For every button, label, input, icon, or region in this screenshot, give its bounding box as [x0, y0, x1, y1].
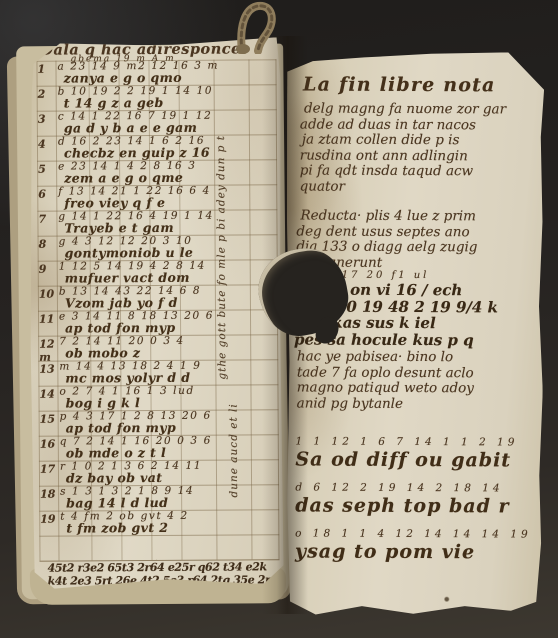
- row-words: bog i g k l: [66, 395, 141, 410]
- table-row: 15 p 4 3 17 1 2 8 13 20 6 ap tod fon myp: [39, 409, 279, 435]
- row-words: Vzom jab yo f d: [65, 295, 178, 311]
- table-row: 18 s 1 3 1 3 2 1 8 9 14 bag 14 l d lud: [39, 484, 279, 510]
- row-words: ap tod fon myp: [66, 420, 176, 436]
- closing-numbers: o 18 1 1 4 12 14 14 14 19: [295, 527, 532, 541]
- row-words: bag 14 l d lud: [66, 495, 168, 511]
- text-line: Reducta· plis 4 lue z prim: [300, 209, 477, 225]
- table-row: 6 f 13 14 21 1 22 16 6 4 freo viey q f e: [37, 184, 277, 210]
- row-number: 5: [38, 163, 55, 176]
- table-row: 4 d 16 2 23 14 1 6 2 16 checbz en guip z…: [37, 134, 277, 160]
- row-number: 11: [39, 313, 56, 326]
- row-number: 9: [39, 263, 56, 276]
- text-line: magno patiqud weto adoy: [297, 380, 474, 396]
- row-words: Trayeb e t gam: [64, 220, 174, 236]
- row-words: mufuer vact dom: [65, 270, 190, 286]
- table-row: 16 q 7 2 14 1 16 20 0 3 6 ob mde o z t l: [39, 434, 279, 460]
- row-number: 14: [39, 388, 56, 401]
- row-words: dz bay ob vat: [66, 470, 163, 486]
- row-number: 10: [39, 288, 56, 301]
- binding-cord: [228, 0, 292, 54]
- table-row: 9 1 12 5 14 19 4 2 8 14 mufuer vact dom: [38, 259, 278, 285]
- left-manuscript-page: Dala q hac adiresponce gbema 19 m A m 1 …: [28, 37, 283, 589]
- text-line: delg magng fa nuome zor gar: [304, 102, 506, 118]
- closing-block: d 6 12 2 19 14 2 18 14 das seph top bad …: [295, 481, 532, 528]
- row-words: freo viey q f e: [64, 195, 165, 211]
- table-row: 12 m 7 2 14 11 20 0 3 4 ob mobo z: [38, 334, 278, 360]
- table-row: 10 b 13 14 43 22 14 6 8 Vzom jab yo f d: [38, 284, 278, 310]
- closing-text: das seph top bad r: [295, 494, 532, 528]
- row-words: ob mobo z: [65, 345, 140, 360]
- row-number: 2: [38, 88, 55, 101]
- vertical-margin-note: gthe gott bute fo mle p bi adey dun p t: [215, 112, 229, 380]
- row-words: ap tod fon myp: [65, 320, 175, 336]
- table-row: 11 e 3 14 11 8 18 13 20 6 ap tod fon myp: [38, 309, 278, 335]
- row-words: t 14 g z a geb: [64, 95, 164, 111]
- row-number: 8: [39, 238, 56, 251]
- row-words: zanya e g o qmo: [64, 70, 182, 86]
- row-number: 15: [40, 413, 57, 426]
- closing-numbers: 1 1 12 1 6 7 14 1 1 2 19: [295, 435, 532, 449]
- row-words: ga d y b a e e gam: [64, 120, 197, 136]
- table-row: 14 o 2 7 4 1 16 1 3 lud bog i g k l: [38, 384, 278, 410]
- row-number: 3: [38, 113, 55, 126]
- row-words: mc mos yolyr d d: [65, 370, 190, 386]
- row-words: gontymoniob u le: [65, 245, 194, 261]
- row-number: 18: [40, 488, 57, 501]
- manuscript-photo: Dala q hac adiresponce gbema 19 m A m 1 …: [0, 0, 558, 638]
- table-row: 17 r 1 0 2 1 3 6 2 14 11 dz bay ob vat: [39, 459, 279, 485]
- closing-numbers: d 6 12 2 19 14 2 18 14: [295, 481, 532, 495]
- row-number: 1: [37, 63, 54, 76]
- text-line: quator: [300, 179, 506, 195]
- row-words: t fm zob gvt 2: [66, 520, 168, 536]
- paragraph-4: hac ye pabisea· bino lotade 7 fa oplo de…: [297, 349, 474, 412]
- row-number: 16: [40, 438, 57, 451]
- row-number: 6: [38, 188, 55, 201]
- row-words: checbz en guip z 16: [64, 145, 210, 161]
- row-number: 7: [38, 213, 55, 226]
- table-row: 1 a 23 14 9 m2 12 16 3 m zanya e g o qmo: [36, 59, 276, 85]
- table-row: 13 m 14 4 13 18 2 4 1 9 mc mos yolyr d d: [38, 359, 278, 385]
- ledger-table: 1 a 23 14 9 m2 12 16 3 m zanya e g o qmo…: [36, 59, 279, 561]
- table-row: 2 b 10 19 2 2 19 1 14 10 t 14 g z a geb: [37, 84, 277, 110]
- footer-line: 45t2 r3e2 65t3 2r64 e25r q62 t34 e2k: [48, 560, 262, 574]
- closing-text: Sa od diff ou gabit: [295, 448, 532, 482]
- closing-block: 1 1 12 1 6 7 14 1 1 2 19 Sa od diff ou g…: [295, 435, 532, 482]
- row-number: 17: [40, 463, 57, 476]
- table-row: 19 t 4 fm 2 ob gvt 4 2 t fm zob gvt 2: [39, 509, 279, 535]
- table-row: 3 c 14 1 22 16 7 19 1 12 ga d y b a e e …: [37, 109, 277, 135]
- table-row: 7 g 14 1 22 16 4 19 1 14 Trayeb e t gam: [37, 209, 277, 235]
- closing-text: ysag to pom vie: [295, 540, 532, 574]
- closing-block: o 18 1 1 4 12 14 14 14 19 ysag to pom vi…: [295, 527, 532, 574]
- text-line: anid pg bytanle: [297, 396, 474, 412]
- closing-lines: 1 1 12 1 6 7 14 1 1 2 19 Sa od diff ou g…: [295, 435, 532, 574]
- text-line: ja ztam collen dide p is: [302, 133, 506, 149]
- text-line: hac ye pabisea· bino lo: [297, 349, 474, 365]
- vertical-margin-note: dune aucd et li: [227, 385, 240, 497]
- paragraph-1: delg magng fa nuome zor garadde ad duas …: [300, 101, 506, 195]
- row-number: 13: [39, 363, 56, 376]
- table-row: 8 g 4 3 12 12 20 3 10 gontymoniob u le: [38, 234, 278, 260]
- table-row: 5 e 23 14 1 4 2 8 16 3 zem a e g o qme: [37, 159, 277, 185]
- row-number: 4: [38, 138, 55, 151]
- row-words: ob mde o z t l: [66, 445, 166, 461]
- row-words: zem a e g o qme: [64, 170, 183, 186]
- page-heading: La fin libre nota: [303, 74, 496, 97]
- row-number: 19: [40, 513, 57, 526]
- text-line: pi fa qdt insda taqud acw: [300, 163, 506, 179]
